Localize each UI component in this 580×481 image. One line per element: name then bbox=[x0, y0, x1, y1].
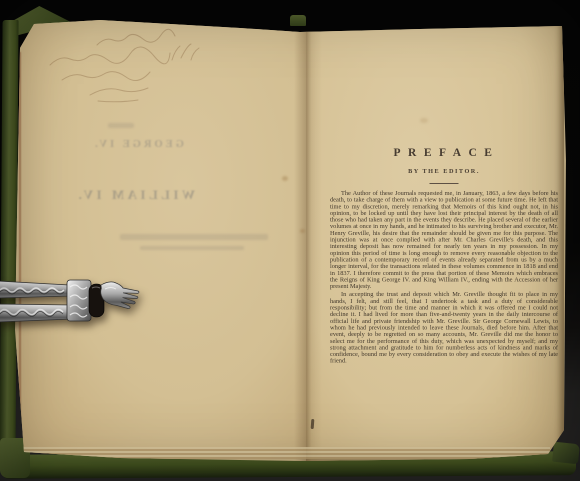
show-through-imprint-line-2 bbox=[140, 246, 244, 250]
preface-heading: PREFACE bbox=[330, 146, 558, 159]
show-through-title-william: WILLIAM IV. bbox=[45, 187, 225, 203]
preface-paragraph-2: In accepting the trust and deposit which… bbox=[330, 291, 558, 364]
left-page-inner-edge-line bbox=[19, 52, 21, 450]
open-page-spread: GEORGE IV. WILLIAM IV. PREFACE BY THE ED… bbox=[0, 0, 580, 481]
silver-hand-page-clip-icon bbox=[0, 263, 143, 337]
book-cover-left-edge bbox=[0, 20, 19, 470]
book-cover-bottom-right-tip bbox=[552, 442, 580, 465]
preface-paragraph-1: The Author of these Journals requested m… bbox=[330, 190, 558, 290]
clip-bar-top bbox=[0, 281, 70, 298]
show-through-small-line bbox=[108, 123, 134, 128]
preface-text-block: PREFACE BY THE EDITOR. The Author of the… bbox=[330, 146, 558, 366]
photo-of-open-book: GEORGE IV. WILLIAM IV. PREFACE BY THE ED… bbox=[0, 0, 580, 481]
divider-rule bbox=[430, 183, 459, 184]
preface-byline: BY THE EDITOR. bbox=[330, 168, 558, 176]
show-through-imprint-line-1 bbox=[120, 234, 268, 240]
gutter-shadow bbox=[294, 19, 322, 461]
clip-hand bbox=[101, 282, 139, 309]
foxing-spot bbox=[300, 229, 305, 233]
foxing-spot bbox=[282, 176, 288, 181]
foxing-spot bbox=[420, 118, 428, 123]
book-spine-tip bbox=[290, 15, 306, 26]
show-through-title-george: GEORGE IV. bbox=[58, 139, 218, 150]
